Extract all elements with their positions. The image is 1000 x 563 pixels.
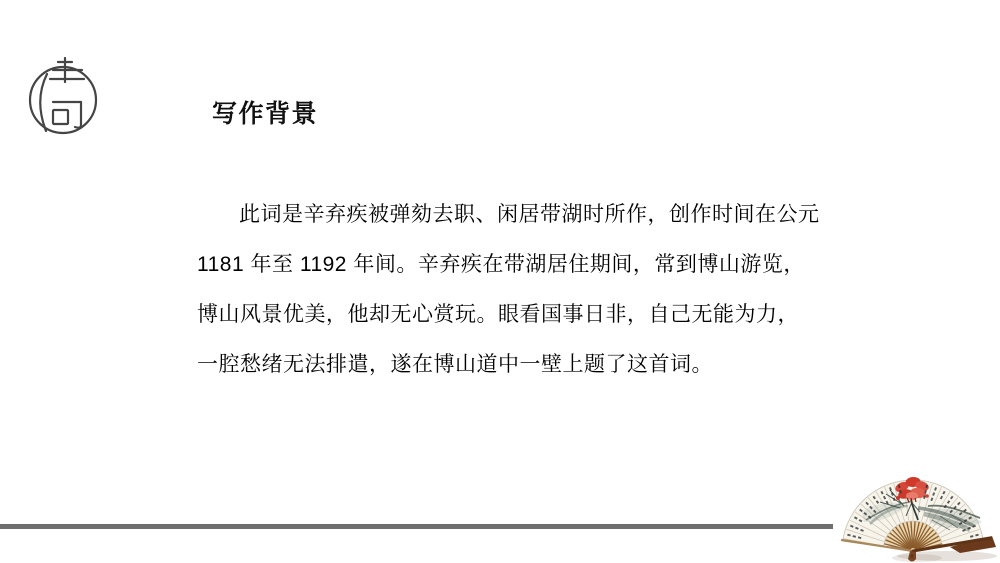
folding-fan-icon	[832, 460, 1000, 563]
paragraph-line: 博山风景优美，他却无心赏玩。眼看国事日非，自己无能为力，	[197, 290, 857, 340]
paragraph-line: 1181 年至 1192 年间。辛弃疾在带湖居住期间，常到博山游览，	[197, 240, 857, 290]
footer-divider	[0, 524, 833, 529]
paragraph-line: 一腔愁绪无法排遣，遂在博山道中一壁上题了这首词。	[197, 340, 857, 390]
paragraph-line: 此词是辛弃疾被弹劾去职、闲居带湖时所作，创作时间在公元	[197, 190, 857, 240]
shici-seal-icon	[22, 55, 107, 145]
background-paragraph: 此词是辛弃疾被弹劾去职、闲居带湖时所作，创作时间在公元 1181 年至 1192…	[197, 190, 857, 390]
presentation-slide: 写作背景 此词是辛弃疾被弹劾去职、闲居带湖时所作，创作时间在公元 1181 年至…	[0, 0, 1000, 563]
page-title: 写作背景	[212, 94, 318, 130]
